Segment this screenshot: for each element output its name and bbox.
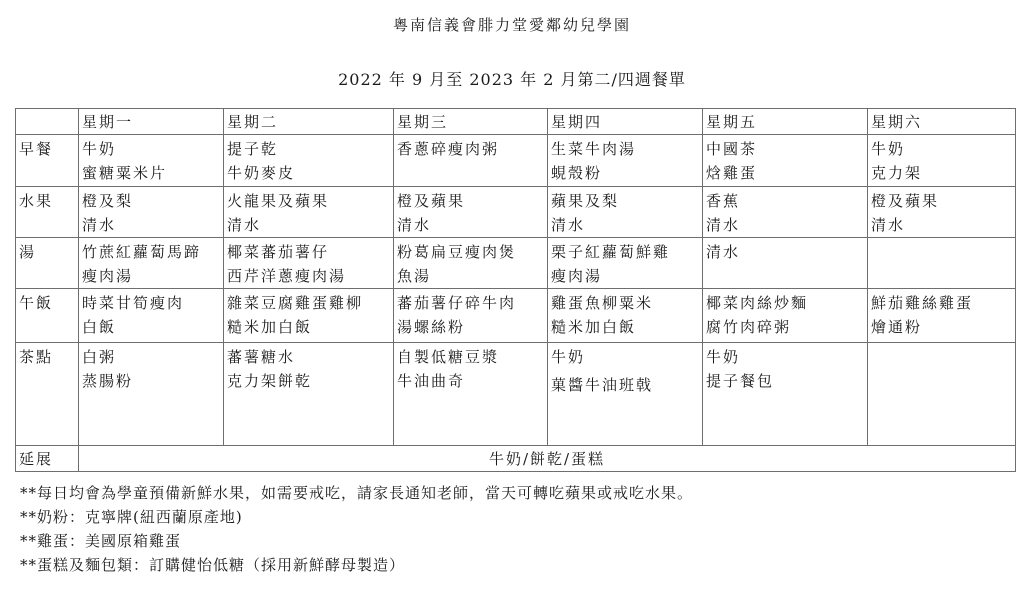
menu-cell: 蕃薯糖水克力架餅乾 — [224, 343, 394, 446]
table-header-row: 星期一 星期二 星期三 星期四 星期五 星期六 — [16, 109, 1016, 135]
menu-item: 自製低糖豆漿 — [397, 345, 544, 369]
menu-item: 火龍果及蘋果 — [227, 189, 390, 213]
menu-item: 橙及梨 — [82, 189, 220, 213]
menu-title: 2022 年 9 月至 2023 年 2 月第二/四週餐單 — [0, 67, 1024, 90]
menu-item: 腐竹肉碎粥 — [706, 315, 864, 339]
extension-value: 牛奶/餅乾/蛋糕 — [79, 446, 1016, 472]
menu-item: 清水 — [706, 213, 864, 237]
menu-cell: 牛奶蜜糖粟米片 — [79, 135, 224, 187]
table-row-lunch: 午飯 時菜甘筍瘦肉白飯 雜菜豆腐雞蛋雞柳糙米加白飯 蕃茄薯仔碎牛肉湯螺絲粉 雞蛋… — [16, 289, 1016, 343]
menu-item: 椰菜肉絲炒麵 — [706, 291, 864, 315]
menu-cell: 橙及梨清水 — [79, 187, 224, 238]
menu-item: 竹蔗紅蘿蔔馬蹄 — [82, 240, 220, 264]
menu-item: 橙及蘋果 — [397, 189, 544, 213]
menu-cell: 牛奶菓醬牛油班戟 — [548, 343, 703, 446]
menu-item: 蘋果及梨 — [551, 189, 699, 213]
note-fruit: **每日均會為學童預備新鮮水果，如需要戒吃，請家長通知老師，當天可轉吃蘋果或戒吃… — [20, 481, 693, 505]
menu-item: 蜆殼粉 — [551, 161, 699, 185]
menu-cell — [868, 238, 1016, 289]
table-row-extension: 延展 牛奶/餅乾/蛋糕 — [16, 446, 1016, 472]
menu-item: 糙米加白飯 — [227, 315, 390, 339]
menu-cell: 牛奶克力架 — [868, 135, 1016, 187]
school-name: 粵南信義會腓力堂愛鄰幼兒學園 — [0, 14, 1024, 35]
row-label-fruit: 水果 — [16, 187, 79, 238]
table-row-fruit: 水果 橙及梨清水 火龍果及蘋果清水 橙及蘋果清水 蘋果及梨清水 香蕉清水 橙及蘋… — [16, 187, 1016, 238]
menu-cell: 蘋果及梨清水 — [548, 187, 703, 238]
menu-item: 瘦肉湯 — [82, 264, 220, 288]
menu-item: 清水 — [871, 213, 1012, 237]
table-row-soup: 湯 竹蔗紅蘿蔔馬蹄瘦肉湯 椰菜蕃茄薯仔西芹洋蔥瘦肉湯 粉葛扁豆瘦肉煲魚湯 栗子紅… — [16, 238, 1016, 289]
menu-item: 克力架 — [871, 161, 1012, 185]
menu-item: 燴通粉 — [871, 315, 1012, 339]
menu-item: 焓雞蛋 — [706, 161, 864, 185]
menu-item: 瘦肉湯 — [551, 264, 699, 288]
corner-cell — [16, 109, 79, 135]
menu-cell: 椰菜蕃茄薯仔西芹洋蔥瘦肉湯 — [224, 238, 394, 289]
menu-cell: 提子乾牛奶麥皮 — [224, 135, 394, 187]
menu-item: 魚湯 — [397, 264, 544, 288]
menu-item: 牛奶 — [706, 345, 864, 369]
table-row-snack: 茶點 白粥蒸腸粉 蕃薯糖水克力架餅乾 自製低糖豆漿牛油曲奇 牛奶菓醬牛油班戟 牛… — [16, 343, 1016, 446]
menu-item: 清水 — [227, 213, 390, 237]
table-row-breakfast: 早餐 牛奶蜜糖粟米片 提子乾牛奶麥皮 香蔥碎瘦肉粥 生菜牛肉湯蜆殼粉 中國茶焓雞… — [16, 135, 1016, 187]
menu-item: 清水 — [551, 213, 699, 237]
menu-item: 生菜牛肉湯 — [551, 137, 699, 161]
menu-cell: 鮮茄雞絲雞蛋燴通粉 — [868, 289, 1016, 343]
menu-cell: 椰菜肉絲炒麵腐竹肉碎粥 — [703, 289, 868, 343]
menu-item: 雜菜豆腐雞蛋雞柳 — [227, 291, 390, 315]
day-header-mon: 星期一 — [79, 109, 224, 135]
menu-item: 粉葛扁豆瘦肉煲 — [397, 240, 544, 264]
menu-item: 菓醬牛油班戟 — [551, 373, 699, 397]
menu-item: 椰菜蕃茄薯仔 — [227, 240, 390, 264]
menu-cell: 栗子紅蘿蔔鮮雞瘦肉湯 — [548, 238, 703, 289]
menu-item: 牛奶 — [871, 137, 1012, 161]
menu-item: 蕃薯糖水 — [227, 345, 390, 369]
day-header-tue: 星期二 — [224, 109, 394, 135]
menu-cell: 火龍果及蘋果清水 — [224, 187, 394, 238]
menu-item: 雞蛋魚柳粟米 — [551, 291, 699, 315]
menu-item: 牛奶 — [82, 137, 220, 161]
menu-item: 白飯 — [82, 315, 220, 339]
menu-item: 清水 — [82, 213, 220, 237]
menu-cell: 白粥蒸腸粉 — [79, 343, 224, 446]
menu-item: 提子乾 — [227, 137, 390, 161]
menu-item: 白粥 — [82, 345, 220, 369]
menu-cell: 粉葛扁豆瘦肉煲魚湯 — [394, 238, 548, 289]
menu-cell: 蕃茄薯仔碎牛肉湯螺絲粉 — [394, 289, 548, 343]
menu-item: 香蕉 — [706, 189, 864, 213]
day-header-wed: 星期三 — [394, 109, 548, 135]
menu-item: 香蔥碎瘦肉粥 — [397, 137, 544, 161]
day-header-fri: 星期五 — [703, 109, 868, 135]
row-label-snack: 茶點 — [16, 343, 79, 446]
menu-item: 栗子紅蘿蔔鮮雞 — [551, 240, 699, 264]
menu-item: 牛奶麥皮 — [227, 161, 390, 185]
menu-cell: 雞蛋魚柳粟米糙米加白飯 — [548, 289, 703, 343]
weekly-menu-table: 星期一 星期二 星期三 星期四 星期五 星期六 早餐 牛奶蜜糖粟米片 提子乾牛奶… — [15, 108, 1016, 472]
menu-item: 糙米加白飯 — [551, 315, 699, 339]
row-label-extension: 延展 — [16, 446, 79, 472]
menu-item: 鮮茄雞絲雞蛋 — [871, 291, 1012, 315]
menu-cell: 橙及蘋果清水 — [868, 187, 1016, 238]
menu-cell: 中國茶焓雞蛋 — [703, 135, 868, 187]
menu-item: 清水 — [397, 213, 544, 237]
menu-cell: 竹蔗紅蘿蔔馬蹄瘦肉湯 — [79, 238, 224, 289]
menu-item: 湯螺絲粉 — [397, 315, 544, 339]
day-header-thu: 星期四 — [548, 109, 703, 135]
menu-item: 時菜甘筍瘦肉 — [82, 291, 220, 315]
row-label-breakfast: 早餐 — [16, 135, 79, 187]
menu-cell: 時菜甘筍瘦肉白飯 — [79, 289, 224, 343]
menu-item: 牛油曲奇 — [397, 369, 544, 393]
menu-cell: 牛奶提子餐包 — [703, 343, 868, 446]
menu-cell: 香蔥碎瘦肉粥 — [394, 135, 548, 187]
menu-item: 西芹洋蔥瘦肉湯 — [227, 264, 390, 288]
menu-item: 橙及蘋果 — [871, 189, 1012, 213]
menu-cell: 香蕉清水 — [703, 187, 868, 238]
menu-item: 蕃茄薯仔碎牛肉 — [397, 291, 544, 315]
menu-cell: 雜菜豆腐雞蛋雞柳糙米加白飯 — [224, 289, 394, 343]
menu-cell: 橙及蘋果清水 — [394, 187, 548, 238]
menu-item: 中國茶 — [706, 137, 864, 161]
row-label-soup: 湯 — [16, 238, 79, 289]
menu-cell: 自製低糖豆漿牛油曲奇 — [394, 343, 548, 446]
menu-item: 蜜糖粟米片 — [82, 161, 220, 185]
note-eggs: **雞蛋：美國原箱雞蛋 — [20, 529, 693, 553]
note-cake-bread: **蛋糕及麵包類：訂購健怡低糖（採用新鮮酵母製造） — [20, 553, 693, 577]
note-milk-powder: **奶粉：克寧牌(紐西蘭原產地) — [20, 505, 693, 529]
menu-cell — [868, 343, 1016, 446]
row-label-lunch: 午飯 — [16, 289, 79, 343]
menu-item: 蒸腸粉 — [82, 369, 220, 393]
menu-item: 牛奶 — [551, 345, 699, 369]
notes-section: **每日均會為學童預備新鮮水果，如需要戒吃，請家長通知老師，當天可轉吃蘋果或戒吃… — [20, 481, 693, 577]
menu-item: 克力架餅乾 — [227, 369, 390, 393]
menu-item: 提子餐包 — [706, 369, 864, 393]
menu-cell: 清水 — [703, 238, 868, 289]
day-header-sat: 星期六 — [868, 109, 1016, 135]
menu-cell: 生菜牛肉湯蜆殼粉 — [548, 135, 703, 187]
menu-item: 清水 — [706, 240, 864, 264]
